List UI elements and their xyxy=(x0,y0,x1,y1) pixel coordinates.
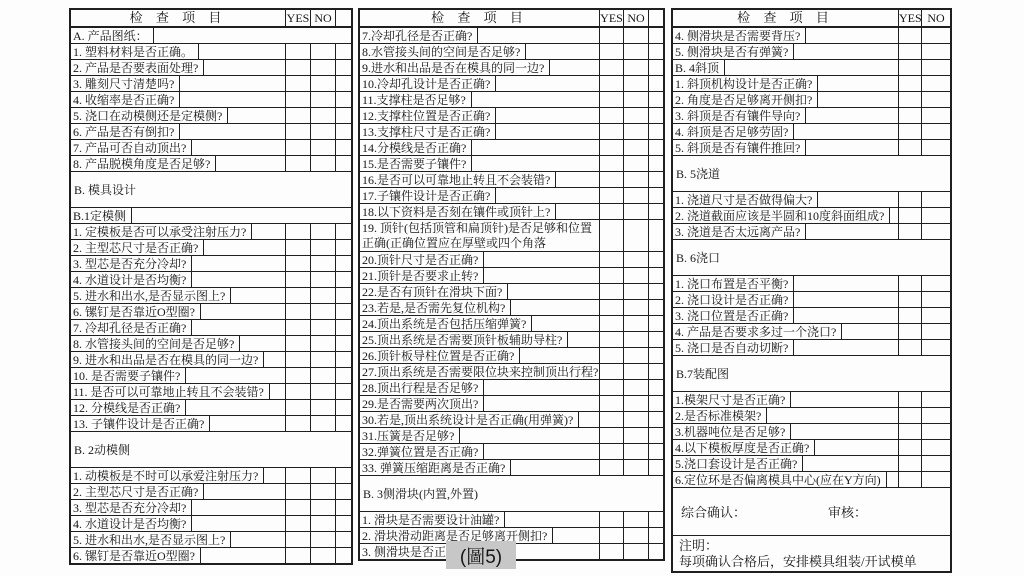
row-label: 27.顶出系统是否需要限位块来控制顶出行程? xyxy=(360,364,599,379)
spacer-cell xyxy=(335,336,351,351)
row-label-text: 12.支撑柱位置是否正确? xyxy=(360,108,496,123)
yes-cell xyxy=(285,92,310,107)
no-cell xyxy=(623,364,648,379)
table-row: 6.定位环是否偏离模具中心(应在Y方向) xyxy=(673,471,950,487)
spacer-cell xyxy=(648,284,663,299)
section-header-row: B.7装配图 xyxy=(673,355,950,391)
row-label-text: 7. 冷却孔径是否正确? xyxy=(71,320,192,335)
table-row: 9. 进水和出品是否在模具的同一边? xyxy=(71,351,351,367)
confirm-row: 综合确认：审核： xyxy=(673,487,950,535)
yes-cell xyxy=(898,408,921,423)
row-label: 26.顶针板导柱位置是否正确? xyxy=(360,348,599,363)
no-cell xyxy=(921,224,950,239)
spacer-cell xyxy=(648,60,663,75)
row-label: 9.进水和出品是否在模具的同一边? xyxy=(360,60,599,75)
yes-cell xyxy=(285,272,310,287)
yes-cell xyxy=(898,208,921,223)
row-label: 5. 浇口是否自动切断? xyxy=(673,340,898,355)
table-row: 8. 水管接头间的空间是否足够? xyxy=(71,335,351,351)
yes-cell xyxy=(898,440,921,455)
row-label: 12. 分模线是否正确? xyxy=(71,400,285,415)
row-label: 6. 产品是否有倒扣? xyxy=(71,124,285,139)
no-cell xyxy=(921,292,950,307)
row-label-text: 3. 斜顶是否有镶件导向? xyxy=(673,108,806,123)
no-cell xyxy=(921,392,950,407)
no-cell xyxy=(921,424,950,439)
spacer-cell xyxy=(648,172,663,187)
no-cell xyxy=(921,472,950,487)
yes-cell xyxy=(898,192,921,207)
yes-cell xyxy=(285,304,310,319)
spacer-cell xyxy=(648,76,663,91)
table-row: A. 产品图纸： xyxy=(71,27,351,43)
column-header-no: NO xyxy=(921,10,950,26)
spacer-cell xyxy=(648,460,663,475)
row-label-text: 11. 是否可以可靠地止转且不会装错? xyxy=(71,384,270,399)
table-row: 1. 塑料材料是否正确。 xyxy=(71,43,351,59)
row-label: B. 4斜顶 xyxy=(673,60,898,75)
table-row: 13. 子镶件设计是否正确? xyxy=(71,415,351,431)
table-row: 5. 进水和出水,是否显示图上? xyxy=(71,531,351,547)
row-label-text: 2. 主型芯尺寸是否正确? xyxy=(71,484,204,499)
row-label: 30.若是,顶出系统设计是否正确(用弹簧)? xyxy=(360,412,599,427)
spacer-cell xyxy=(648,428,663,443)
checklist-table-middle: 检 查 项 目YESNO7.冷却孔径是否正确?8.水管接头间的空间是否足够?9.… xyxy=(358,8,665,561)
spacer-cell xyxy=(335,10,351,26)
no-cell xyxy=(921,108,950,123)
spacer-cell xyxy=(335,516,351,531)
table-row: 1. 浇口布置是否平衡? xyxy=(673,275,950,291)
row-label: 25.顶出系统是否需要顶针板辅助导柱? xyxy=(360,332,599,347)
no-cell xyxy=(921,124,950,139)
yes-cell xyxy=(599,364,623,379)
spacer-cell xyxy=(335,548,351,563)
yes-cell xyxy=(599,380,623,395)
no-cell xyxy=(623,124,648,139)
yes-cell xyxy=(285,532,310,547)
row-label-text: 3. 浇口位置是否正确? xyxy=(673,308,794,323)
spacer-cell xyxy=(648,220,663,251)
table-row: 24.顶出系统是否包括压缩弹簧? xyxy=(360,315,663,331)
yes-cell xyxy=(898,456,921,471)
yes-cell xyxy=(599,460,623,475)
yes-cell xyxy=(898,28,921,43)
yes-cell xyxy=(285,240,310,255)
spacer-cell xyxy=(648,92,663,107)
row-label: 3. 雕刻尺寸清楚吗? xyxy=(71,76,285,91)
table-row: 5. 浇口在动模侧还是定模侧? xyxy=(71,107,351,123)
table-row: 13.支撑柱尺寸是否正确? xyxy=(360,123,663,139)
row-label: 2. 产品是否要表面处理? xyxy=(71,60,285,75)
yes-cell xyxy=(285,500,310,515)
row-label-text: 17.子镶件设计是否正确? xyxy=(360,188,496,203)
spacer-cell xyxy=(335,124,351,139)
row-label-text: 2. 浇道截面应该是半圆和10度斜面组成? xyxy=(673,208,890,223)
row-label: 18.以下资料是否刻在镶件或顶针上? xyxy=(360,204,599,219)
no-cell xyxy=(921,308,950,323)
table-row: 3. 浇口位置是否正确? xyxy=(673,307,950,323)
yes-cell xyxy=(599,92,623,107)
row-label-text: 1.模架尺寸是否正确? xyxy=(673,392,791,407)
table-row: 3. 浇道是否太远离产品? xyxy=(673,223,950,239)
yes-cell xyxy=(599,316,623,331)
row-label: 5. 侧滑块是否有弹簧? xyxy=(673,44,898,59)
no-cell xyxy=(310,288,335,303)
no-cell xyxy=(623,284,648,299)
no-cell xyxy=(310,416,335,431)
table-row: 10.冷却孔设计是否正确? xyxy=(360,75,663,91)
row-label-text: 5. 侧滑块是否有弹簧? xyxy=(673,44,794,59)
yes-cell xyxy=(285,400,310,415)
yes-cell xyxy=(285,140,310,155)
table-row: 7. 冷却孔径是否正确? xyxy=(71,319,351,335)
note-row: 注明：每项确认合格后，安排模具组装/开试模单 xyxy=(673,535,950,571)
no-cell xyxy=(310,484,335,499)
yes-cell xyxy=(898,424,921,439)
row-label-text: 1. 定模板是否可以承受注射压力? xyxy=(71,224,252,239)
row-label-text: 1. 浇道尺寸是否做得偏大? xyxy=(673,192,818,207)
no-cell xyxy=(623,204,648,219)
no-cell xyxy=(310,76,335,91)
spacer-cell xyxy=(335,304,351,319)
yes-cell xyxy=(599,396,623,411)
spacer-cell xyxy=(335,368,351,383)
table-row: 16.是否可以可靠地止转且不会装错? xyxy=(360,171,663,187)
row-label-text: 2. 主型芯尺寸是否正确? xyxy=(71,240,204,255)
yes-cell xyxy=(599,172,623,187)
section-header-row: B. 2动模侧 xyxy=(71,431,351,467)
row-label: 4. 产品是否要求多过一个浇口? xyxy=(673,324,898,339)
row-label-text: 5. 进水和出水,是否显示图上? xyxy=(71,532,231,547)
row-label: 28.顶出行程是否足够? xyxy=(360,380,599,395)
row-label-text: 7. 产品可否自动顶出? xyxy=(71,140,192,155)
spacer-cell xyxy=(335,240,351,255)
no-cell xyxy=(921,456,950,471)
section-header-row: B. 3侧滑块(内置,外置) xyxy=(360,475,663,511)
table-row: 22.是否有顶针在滑块下面? xyxy=(360,283,663,299)
yes-cell xyxy=(285,76,310,91)
row-label: 4. 斜顶是否足够劳固? xyxy=(673,124,898,139)
figure-caption: (圖5) xyxy=(446,541,516,569)
row-label-text: 23.若是,是否需先复位机构? xyxy=(360,300,511,315)
no-cell xyxy=(623,444,648,459)
table-row: 2. 浇道截面应该是半圆和10度斜面组成? xyxy=(673,207,950,223)
yes-cell xyxy=(285,44,310,59)
table-row: 9.进水和出品是否在模具的同一边? xyxy=(360,59,663,75)
table-row: 1. 滑块是否需要设计油罐? xyxy=(360,511,663,527)
no-cell xyxy=(310,140,335,155)
yes-cell xyxy=(285,256,310,271)
row-label-text: 8. 产品脱模角度是否足够? xyxy=(71,156,216,171)
yes-cell xyxy=(599,188,623,203)
no-cell xyxy=(623,108,648,123)
row-label-text: 6.定位环是否偏离模具中心(应在Y方向) xyxy=(673,472,887,487)
row-label-text: 4. 水道设计是否均衡? xyxy=(71,516,192,531)
no-cell xyxy=(623,172,648,187)
spacer-cell xyxy=(335,44,351,59)
no-cell xyxy=(623,300,648,315)
no-cell xyxy=(310,256,335,271)
row-label: 5. 浇口在动模侧还是定模侧? xyxy=(71,108,285,123)
yes-cell xyxy=(599,156,623,171)
no-cell xyxy=(623,156,648,171)
row-label-text: 6. 镙钉是否靠近O型圈? xyxy=(71,548,201,563)
yes-cell xyxy=(898,340,921,355)
spacer-cell xyxy=(335,352,351,367)
spacer-cell xyxy=(648,348,663,363)
table-row: 4. 水道设计是否均衡? xyxy=(71,515,351,531)
row-label-text: 25.顶出系统是否需要顶针板辅助导柱? xyxy=(360,332,568,347)
yes-cell xyxy=(599,140,623,155)
table-row: 27.顶出系统是否需要限位块来控制顶出行程? xyxy=(360,363,663,379)
yes-cell xyxy=(285,468,310,483)
table-row: 15.是否需要子镶件? xyxy=(360,155,663,171)
row-label: 13. 子镶件设计是否正确? xyxy=(71,416,285,431)
no-cell xyxy=(623,220,648,251)
row-label-text: A. 产品图纸： xyxy=(71,28,154,43)
column-header-title: 检 查 项 目 xyxy=(673,10,898,26)
no-cell xyxy=(921,340,950,355)
table-row: 2. 产品是否要表面处理? xyxy=(71,59,351,75)
spacer-cell xyxy=(648,444,663,459)
spacer-cell xyxy=(648,188,663,203)
row-label: 1.模架尺寸是否正确? xyxy=(673,392,898,407)
table-row: 3. 斜顶是否有镶件导向? xyxy=(673,107,950,123)
table-row: 2. 主型芯尺寸是否正确? xyxy=(71,239,351,255)
table-row: 3.机器吨位是否足够? xyxy=(673,423,950,439)
table-row: 6. 镙钉是否靠近O型圈? xyxy=(71,547,351,563)
row-label-text: 9.进水和出品是否在模具的同一边? xyxy=(360,60,550,75)
yes-cell xyxy=(599,512,623,527)
table-row: 8. 产品脱模角度是否足够? xyxy=(71,155,351,171)
no-cell xyxy=(310,352,335,367)
yes-cell xyxy=(599,268,623,283)
row-label: 33. 弹簧压缩距离是否正确? xyxy=(360,460,599,475)
row-label-text: 4.以下模板厚度是否正确? xyxy=(673,440,815,455)
row-label: 19. 顶针(包括顶管和扁顶针)是否足够和位置正确(正确位置应在厚壁或四个角落 xyxy=(360,220,599,251)
no-cell xyxy=(623,428,648,443)
confirm-label: 综合确认： xyxy=(673,502,746,521)
no-cell xyxy=(623,332,648,347)
row-label: 2. 浇道截面应该是半圆和10度斜面组成? xyxy=(673,208,898,223)
table-row: 3. 雕刻尺寸清楚吗? xyxy=(71,75,351,91)
no-cell xyxy=(921,28,950,43)
yes-cell xyxy=(599,204,623,219)
row-label: 10.冷却孔设计是否正确? xyxy=(360,76,599,91)
row-label-text: 10. 是否需要子镶件? xyxy=(71,368,186,383)
row-label: 3. 浇口位置是否正确? xyxy=(673,308,898,323)
spacer-cell xyxy=(648,380,663,395)
row-label: 29.是否需要两次顶出? xyxy=(360,396,599,411)
spacer-cell xyxy=(648,396,663,411)
table-row: 32.弹簧位置是否正确? xyxy=(360,443,663,459)
table-row: 1. 斜顶机构设计是否正确? xyxy=(673,75,950,91)
row-label: 1. 定模板是否可以承受注射压力? xyxy=(71,224,285,239)
row-label-text: 2. 产品是否要表面处理? xyxy=(71,60,204,75)
review-label: 审核： xyxy=(828,502,867,521)
table-row: 1. 定模板是否可以承受注射压力? xyxy=(71,223,351,239)
row-label-text: 20.顶针尺寸是否正确? xyxy=(360,252,484,267)
yes-cell xyxy=(285,516,310,531)
table-row: 1.模架尺寸是否正确? xyxy=(673,391,950,407)
spacer-cell xyxy=(335,224,351,239)
yes-cell xyxy=(599,412,623,427)
row-label: 31.压簧是否足够? xyxy=(360,428,599,443)
yes-cell xyxy=(898,472,921,487)
row-label-text: 21.顶针是否要求止转? xyxy=(360,268,484,283)
no-cell xyxy=(310,44,335,59)
table-row: 2. 主型芯尺寸是否正确? xyxy=(71,483,351,499)
yes-cell xyxy=(285,336,310,351)
no-cell xyxy=(623,380,648,395)
section-header-row: B. 6浇口 xyxy=(673,239,950,275)
row-label-text: 11.支撑柱是否足够? xyxy=(360,92,472,107)
no-cell xyxy=(623,188,648,203)
row-label-text: 8. 水管接头间的空间是否足够? xyxy=(71,336,240,351)
row-label: 7. 冷却孔径是否正确? xyxy=(71,320,285,335)
table-row: 10. 是否需要子镶件? xyxy=(71,367,351,383)
spacer-cell xyxy=(648,364,663,379)
yes-cell xyxy=(285,224,310,239)
spacer-cell xyxy=(335,384,351,399)
column-header-yes: YES xyxy=(898,10,921,26)
no-cell xyxy=(310,516,335,531)
yes-cell xyxy=(599,300,623,315)
row-label-text: 24.顶出系统是否包括压缩弹簧? xyxy=(360,316,532,331)
table-row: 25.顶出系统是否需要顶针板辅助导柱? xyxy=(360,331,663,347)
row-label-text: 5.浇口套设计是否正确? xyxy=(673,456,803,471)
row-label-text: 3. 型芯是否充分冷却? xyxy=(71,500,192,515)
spacer-cell xyxy=(335,484,351,499)
row-label-text: 4. 水道设计是否均衡? xyxy=(71,272,192,287)
no-cell xyxy=(921,140,950,155)
yes-cell xyxy=(599,428,623,443)
table-row: 20.顶针尺寸是否正确? xyxy=(360,251,663,267)
yes-cell xyxy=(285,156,310,171)
header-row: 检 查 项 目YESNO xyxy=(673,10,950,27)
spacer-cell xyxy=(648,412,663,427)
spacer-cell xyxy=(648,140,663,155)
no-cell xyxy=(921,76,950,91)
yes-cell xyxy=(599,60,623,75)
table-row: 18.以下资料是否刻在镶件或顶针上? xyxy=(360,203,663,219)
spacer-cell xyxy=(335,156,351,171)
row-label: 4. 水道设计是否均衡? xyxy=(71,272,285,287)
row-label-text: 3. 浇道是否太远离产品? xyxy=(673,224,806,239)
table-row: 11. 是否可以可靠地止转且不会装错? xyxy=(71,383,351,399)
row-label-text: 3. 型芯是否充分冷却? xyxy=(71,256,192,271)
row-label-text: 7.冷却孔径是否正确? xyxy=(360,28,478,43)
no-cell xyxy=(310,468,335,483)
yes-cell xyxy=(898,308,921,323)
note-text: 每项确认合格后，安排模具组装/开试模单 xyxy=(679,554,950,570)
header-row: 检 查 项 目YESNO xyxy=(360,10,663,27)
checklist-table-left: 检 查 项 目YESNOA. 产品图纸：1. 塑料材料是否正确。2. 产品是否要… xyxy=(69,8,353,565)
no-cell xyxy=(623,60,648,75)
table-row: 5. 浇口是否自动切断? xyxy=(673,339,950,355)
table-row: B. 4斜顶 xyxy=(673,59,950,75)
no-cell xyxy=(921,92,950,107)
row-label: 3. 型芯是否充分冷却? xyxy=(71,256,285,271)
row-label-text: 4. 收缩率是否正确? xyxy=(71,92,180,107)
yes-cell xyxy=(285,384,310,399)
checklist-document: 检 查 项 目YESNOA. 产品图纸：1. 塑料材料是否正确。2. 产品是否要… xyxy=(0,0,1024,576)
row-label: 8. 水管接头间的空间是否足够? xyxy=(71,336,285,351)
yes-cell xyxy=(898,60,921,75)
row-label-text: 3.机器吨位是否足够? xyxy=(673,424,791,439)
row-label-text: 8.水管接头间的空间是否足够? xyxy=(360,44,526,59)
no-cell xyxy=(310,240,335,255)
spacer-cell xyxy=(335,500,351,515)
column-header-no: NO xyxy=(623,10,648,26)
table-row: 5. 侧滑块是否有弹簧? xyxy=(673,43,950,59)
row-label: A. 产品图纸： xyxy=(71,28,351,43)
table-row: 4. 收缩率是否正确? xyxy=(71,91,351,107)
yes-cell xyxy=(285,320,310,335)
no-cell xyxy=(310,500,335,515)
row-label-text: 14.分模线是否正确? xyxy=(360,140,472,155)
no-cell xyxy=(310,272,335,287)
row-label: 20.顶针尺寸是否正确? xyxy=(360,252,599,267)
spacer-cell xyxy=(648,268,663,283)
spacer-cell xyxy=(648,124,663,139)
table-row: 31.压簧是否足够? xyxy=(360,427,663,443)
row-label: 1. 斜顶机构设计是否正确? xyxy=(673,76,898,91)
spacer-cell xyxy=(335,76,351,91)
row-label-text: 4. 产品是否要求多过一个浇口? xyxy=(673,324,842,339)
no-cell xyxy=(310,336,335,351)
table-row: 23.若是,是否需先复位机构? xyxy=(360,299,663,315)
yes-cell xyxy=(599,252,623,267)
spacer-cell xyxy=(335,288,351,303)
row-label-text: 12. 分模线是否正确? xyxy=(71,400,186,415)
row-label-text: 5. 浇口是否自动切断? xyxy=(673,340,794,355)
spacer-cell xyxy=(335,140,351,155)
row-label-text: 1. 滑块是否需要设计油罐? xyxy=(360,512,505,527)
spacer-cell xyxy=(648,512,663,527)
section-header-row: B. 模具设计 xyxy=(71,171,351,207)
row-label: 32.弹簧位置是否正确? xyxy=(360,444,599,459)
row-label: 3.机器吨位是否足够? xyxy=(673,424,898,439)
yes-cell xyxy=(898,92,921,107)
no-cell xyxy=(310,400,335,415)
row-label: 4. 侧滑块是否需要背压? xyxy=(673,28,898,43)
row-label-text: 29.是否需要两次顶出? xyxy=(360,396,484,411)
table-row: 29.是否需要两次顶出? xyxy=(360,395,663,411)
row-label: 11.支撑柱是否足够? xyxy=(360,92,599,107)
column-header-title: 检 查 项 目 xyxy=(71,10,285,26)
table-row: 12. 分模线是否正确? xyxy=(71,399,351,415)
row-label: 2. 角度是否足够离开侧扣? xyxy=(673,92,898,107)
no-cell xyxy=(623,316,648,331)
row-label: 5. 进水和出水,是否显示图上? xyxy=(71,288,285,303)
row-label: 1. 滑块是否需要设计油罐? xyxy=(360,512,599,527)
row-label-text: 28.顶出行程是否足够? xyxy=(360,380,484,395)
row-label: 3. 型芯是否充分冷却? xyxy=(71,500,285,515)
table-row: 2.是否标准模架? xyxy=(673,407,950,423)
yes-cell xyxy=(898,292,921,307)
table-row: 14.分模线是否正确? xyxy=(360,139,663,155)
row-label-text: 13. 子镶件设计是否正确? xyxy=(71,416,210,431)
row-label: 17.子镶件设计是否正确? xyxy=(360,188,599,203)
table-row: 4. 侧滑块是否需要背压? xyxy=(673,27,950,43)
row-label: 2. 主型芯尺寸是否正确? xyxy=(71,484,285,499)
no-cell xyxy=(310,108,335,123)
table-row: 4. 产品是否要求多过一个浇口? xyxy=(673,323,950,339)
row-label: 8.水管接头间的空间是否足够? xyxy=(360,44,599,59)
yes-cell xyxy=(285,288,310,303)
no-cell xyxy=(921,440,950,455)
